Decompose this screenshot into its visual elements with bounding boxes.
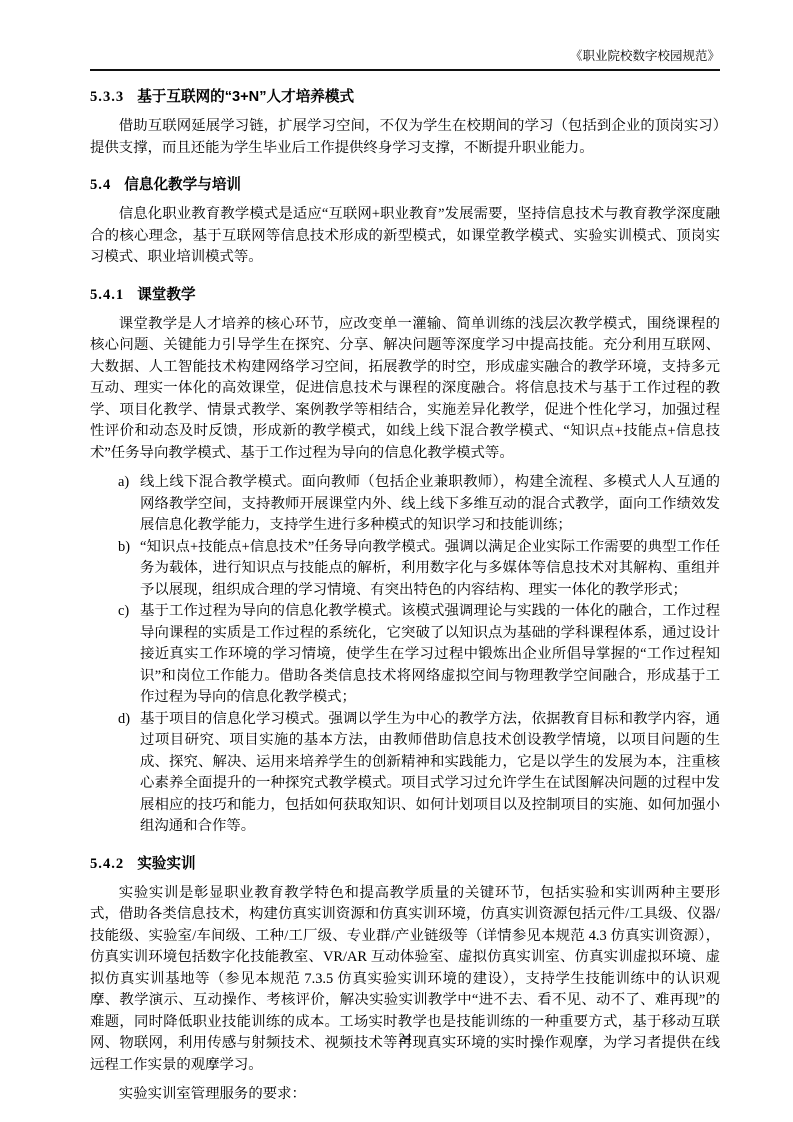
- document-header-title: 《职业院校数字校园规范》: [570, 49, 720, 63]
- list-item-marker: d): [118, 709, 140, 838]
- paragraph-requirements-lead: 实验实训室管理服务的要求：: [90, 1084, 720, 1106]
- list-item-a: a) 线上线下混合教学模式。面向教师（包括企业兼职教师），构建全流程、多模式人人…: [118, 472, 720, 537]
- paragraph-5-4: 信息化职业教育教学模式是适应“互联网+职业教育”发展需要，坚持信息技术与教育教学…: [90, 204, 720, 269]
- page-footer: 24: [90, 1031, 720, 1046]
- list-item-text: 线上线下混合教学模式。面向教师（包括企业兼职教师），构建全流程、多模式人人互通的…: [140, 472, 720, 537]
- section-number: 5.4.2: [90, 856, 124, 872]
- list-item-text: “知识点+技能点+信息技术”任务导向教学模式。强调以满足企业实际工作需要的典型工…: [140, 537, 720, 602]
- section-number: 5.4.1: [90, 287, 124, 303]
- section-title: 课堂教学: [137, 287, 195, 303]
- list-item-marker: b): [118, 537, 140, 602]
- section-heading-5-4-2: 5.4.2实验实训: [90, 855, 720, 874]
- list-item-text: 基于工作过程为导向的信息化教学模式。该模式强调理论与实践的一体化的融合，工作过程…: [140, 601, 720, 709]
- page-number: 24: [399, 1031, 412, 1045]
- list-item-b: b) “知识点+技能点+信息技术”任务导向教学模式。强调以满足企业实际工作需要的…: [118, 537, 720, 602]
- list-item-text: 基于项目的信息化学习模式。强调以学生为中心的教学方法，依据教育目标和教学内容，通…: [140, 709, 720, 838]
- list-item-marker: a): [118, 472, 140, 537]
- document-page: 《职业院校数字校园规范》 5.3.3基于互联网的“3+N”人才培养模式 借助互联…: [0, 0, 793, 1122]
- section-heading-5-3-3: 5.3.3基于互联网的“3+N”人才培养模式: [90, 88, 720, 107]
- section-heading-5-4: 5.4信息化教学与培训: [90, 176, 720, 195]
- document-header: 《职业院校数字校园规范》: [90, 48, 720, 71]
- paragraph-5-3-3: 借助互联网延展学习链，扩展学习空间，不仅为学生在校期间的学习（包括到企业的顶岗实…: [90, 116, 720, 159]
- paragraph-5-4-2: 实验实训是彰显职业教育教学特色和提高教学质量的关键环节，包括实验和实训两种主要形…: [90, 883, 720, 1077]
- list-item-marker: c): [118, 601, 140, 709]
- section-title: 信息化教学与培训: [124, 177, 241, 193]
- list-item-d: d) 基于项目的信息化学习模式。强调以学生为中心的教学方法，依据教育目标和教学内…: [118, 709, 720, 838]
- list-item-c: c) 基于工作过程为导向的信息化教学模式。该模式强调理论与实践的一体化的融合，工…: [118, 601, 720, 709]
- teaching-mode-list: a) 线上线下混合教学模式。面向教师（包括企业兼职教师），构建全流程、多模式人人…: [118, 472, 720, 838]
- section-title: 基于互联网的“3+N”人才培养模式: [137, 89, 354, 105]
- section-title: 实验实训: [137, 856, 195, 872]
- section-heading-5-4-1: 5.4.1课堂教学: [90, 286, 720, 305]
- section-number: 5.3.3: [90, 89, 124, 105]
- section-number: 5.4: [90, 177, 111, 193]
- paragraph-5-4-1: 课堂教学是人才培养的核心环节，应改变单一灌输、简单训练的浅层次教学模式，围绕课程…: [90, 314, 720, 465]
